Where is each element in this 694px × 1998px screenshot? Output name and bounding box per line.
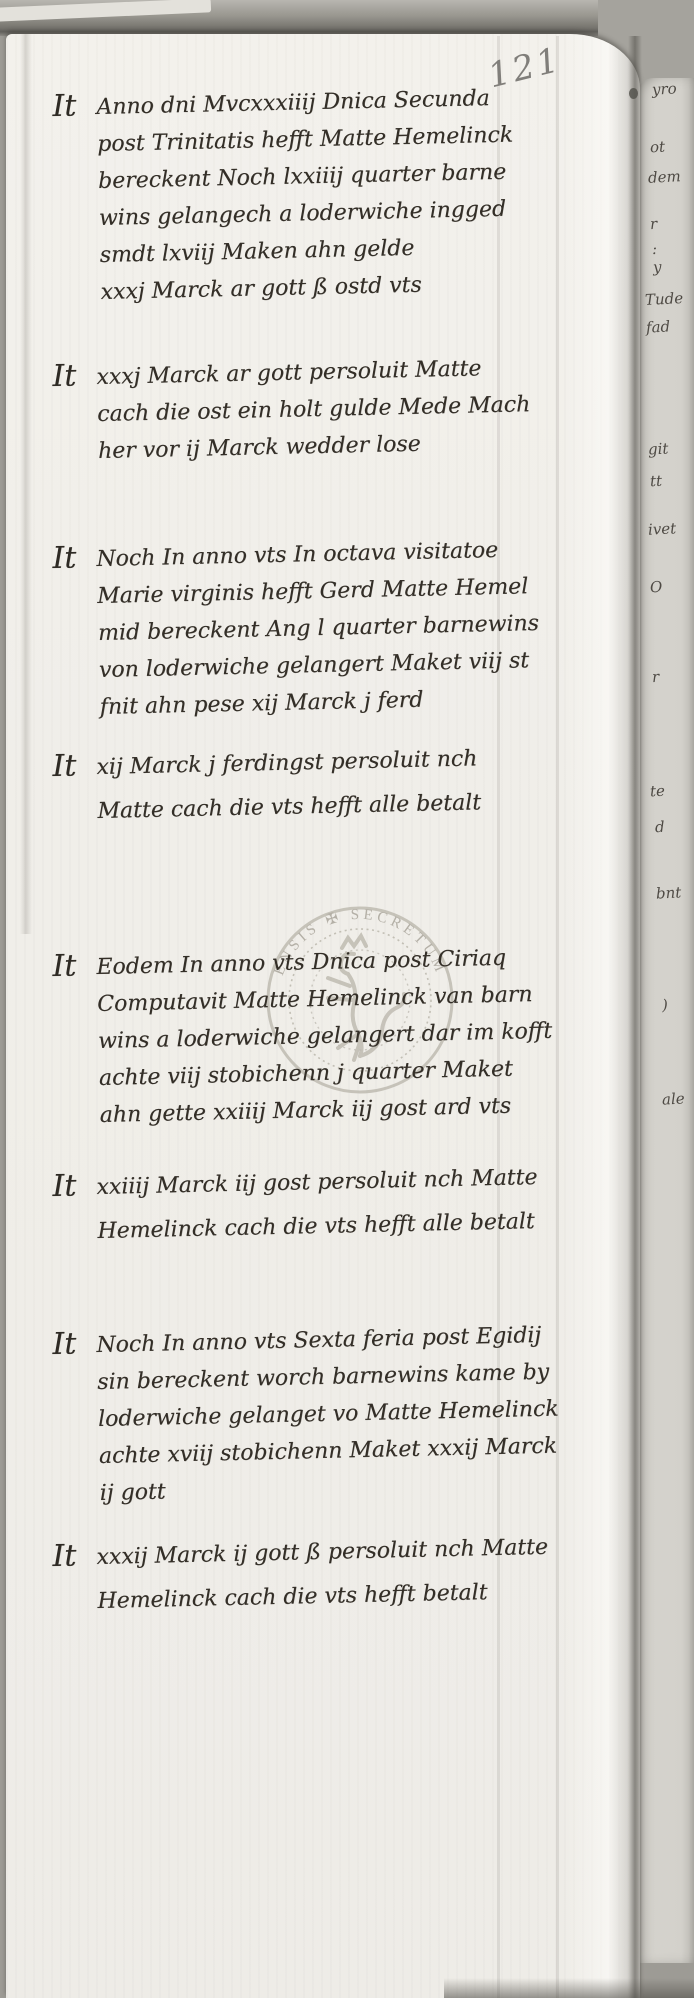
item-mark: It xyxy=(52,1534,77,1579)
item-mark: It xyxy=(52,357,77,395)
manuscript-entry: ItNoch In anno vts In octava visitatoeMa… xyxy=(96,529,640,726)
entries-layer: ItAnno dni Mvcxxxiiij Dnica Secundapost … xyxy=(0,0,694,1998)
manuscript-scan: 121 ENSIS ✠ SECRETUM ItAnno dni Mvcxxxii… xyxy=(0,0,694,1998)
manuscript-entry: Itxxiiij Marck iij gost persoluit nch Ma… xyxy=(96,1154,638,1254)
manuscript-entry: ItNoch In anno vts Sexta feria post Egid… xyxy=(96,1315,640,1512)
item-mark: It xyxy=(52,1325,77,1363)
item-mark: It xyxy=(52,744,77,789)
manuscript-entry: ItAnno dni Mvcxxxiiij Dnica Secundapost … xyxy=(96,77,641,311)
manuscript-entry: Itxxxj Marck ar gott persoluit Mattecach… xyxy=(96,347,638,470)
manuscript-entry: ItEodem In anno vts Dnica post CiriaqCom… xyxy=(96,937,640,1134)
manuscript-entry: Itxxxij Marck ij gott ß persoluit nch Ma… xyxy=(96,1524,638,1624)
item-mark: It xyxy=(52,539,77,577)
item-mark: It xyxy=(52,947,77,985)
item-mark: It xyxy=(52,87,77,125)
manuscript-entry: Itxij Marck j ferdingst persoluit nchMat… xyxy=(96,734,638,834)
item-mark: It xyxy=(52,1164,77,1209)
